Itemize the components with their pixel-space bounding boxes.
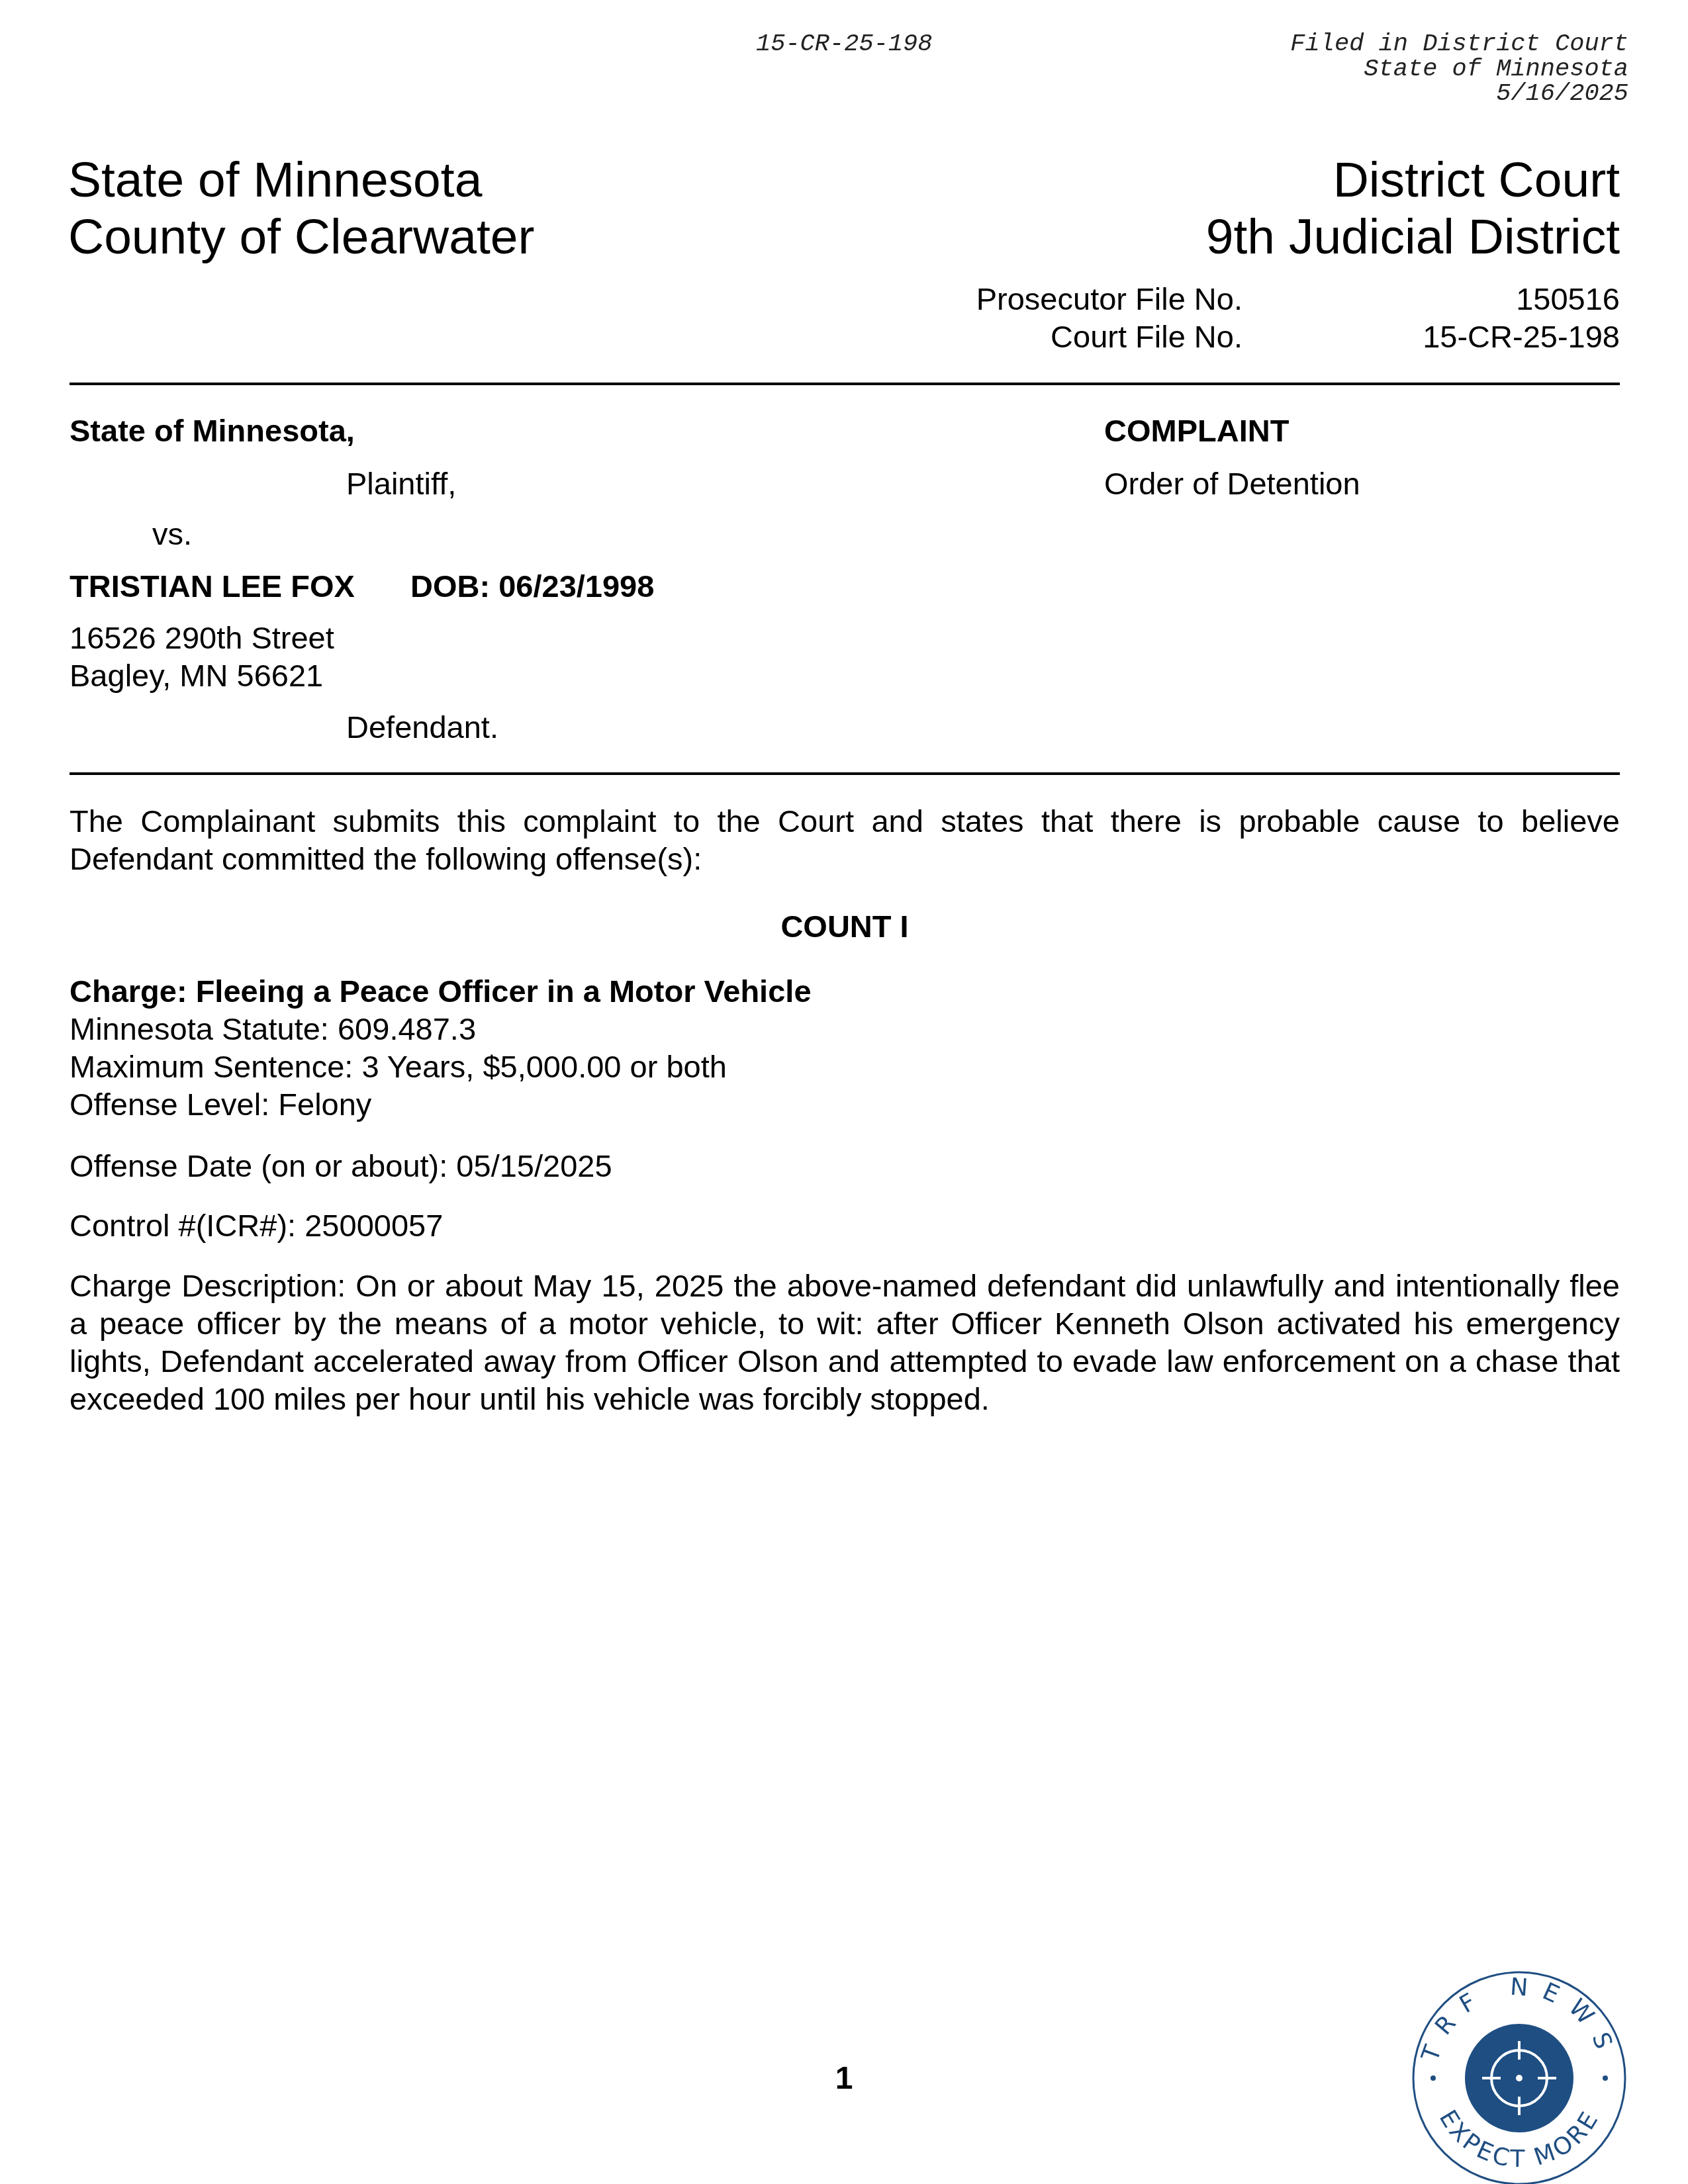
address-line: 16526 290th Street (70, 619, 334, 657)
defendant-address: 16526 290th Street Bagley, MN 56621 (70, 619, 334, 694)
control-number: Control #(ICR#): 25000057 (70, 1206, 443, 1244)
plaintiff-name: State of Minnesota, (70, 412, 355, 449)
charge-statute: Minnesota Statute: 609.487.3 (70, 1010, 812, 1048)
logo-badge-icon: TRF NEWS EXPECT MORE (1411, 1970, 1628, 2184)
charge-description: Charge Description: On or about May 15, … (70, 1267, 1620, 1418)
caption-divider (70, 772, 1620, 775)
filing-stamp-line: Filed in District Court (1290, 32, 1628, 58)
count-title: COUNT I (70, 907, 1620, 945)
page-number: 1 (827, 2060, 861, 2097)
charge-block: Charge: Fleeing a Peace Officer in a Mot… (70, 972, 812, 1123)
court-district: 9th Judicial District (1206, 208, 1620, 265)
jurisdiction-block: State of Minnesota County of Clearwater (68, 151, 534, 265)
plaintiff-role: Plaintiff, (346, 465, 456, 502)
file-number-values: 150516 15-CR-25-198 (1423, 280, 1620, 355)
prosecutor-file-label: Prosecutor File No. (976, 280, 1243, 318)
jurisdiction-county: County of Clearwater (68, 208, 534, 265)
prosecutor-file-value: 150516 (1423, 280, 1620, 318)
header-divider (70, 383, 1620, 385)
intro-paragraph: The Complainant submits this complaint t… (70, 802, 1620, 878)
defendant-role: Defendant. (346, 708, 498, 746)
offense-date: Offense Date (on or about): 05/15/2025 (70, 1147, 612, 1185)
court-file-label: Court File No. (976, 318, 1243, 355)
charge-max-sentence: Maximum Sentence: 3 Years, $5,000.00 or … (70, 1048, 812, 1085)
document-type: COMPLAINT (1104, 412, 1289, 449)
defendant-dob: DOB: 06/23/1998 (410, 567, 654, 605)
address-line: Bagley, MN 56621 (70, 657, 334, 694)
court-file-value: 15-CR-25-198 (1423, 318, 1620, 355)
court-block: District Court 9th Judicial District (1206, 151, 1620, 265)
charge-title: Charge: Fleeing a Peace Officer in a Mot… (70, 972, 812, 1010)
jurisdiction-state: State of Minnesota (68, 151, 534, 208)
defendant-name: TRISTIAN LEE FOX (70, 567, 355, 605)
file-number-labels: Prosecutor File No. Court File No. (976, 280, 1243, 355)
stamp-case-number: 15-CR-25-198 (756, 32, 932, 58)
document-subtype: Order of Detention (1104, 465, 1360, 502)
trf-news-logo: TRF NEWS EXPECT MORE (1411, 1970, 1628, 2184)
charge-offense-level: Offense Level: Felony (70, 1085, 812, 1123)
court-name: District Court (1206, 151, 1620, 208)
filing-stamp: Filed in District Court State of Minneso… (1290, 32, 1628, 107)
versus-label: vs. (152, 515, 192, 553)
filing-stamp-line: 5/16/2025 (1290, 82, 1628, 107)
filing-stamp-line: State of Minnesota (1290, 58, 1628, 83)
